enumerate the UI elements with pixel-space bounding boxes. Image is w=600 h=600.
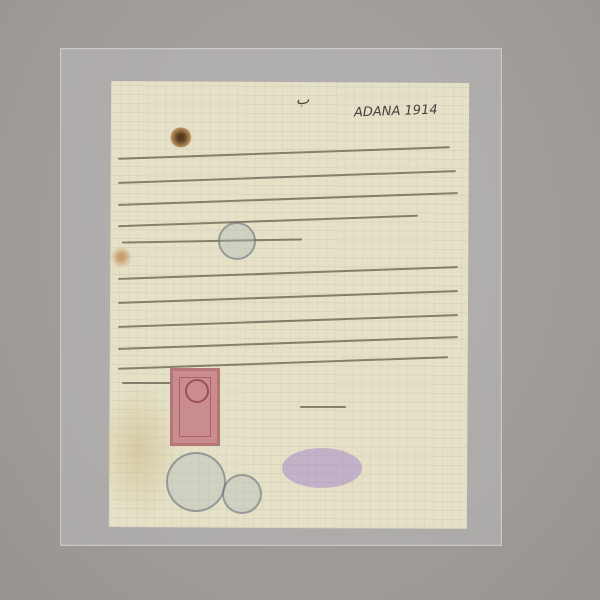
water-stain	[110, 246, 132, 268]
upper-seal	[218, 222, 256, 260]
lower-seal-large	[166, 452, 226, 512]
tughra-icon	[185, 379, 209, 403]
corner-mark: ب	[296, 92, 309, 108]
burn-stain	[169, 127, 193, 147]
annotation-text: ADANA 1914	[354, 103, 438, 121]
revenue-stamp	[170, 368, 220, 446]
aging-stain	[99, 381, 180, 521]
lower-seal-small	[222, 474, 262, 514]
purple-seal	[282, 448, 362, 488]
